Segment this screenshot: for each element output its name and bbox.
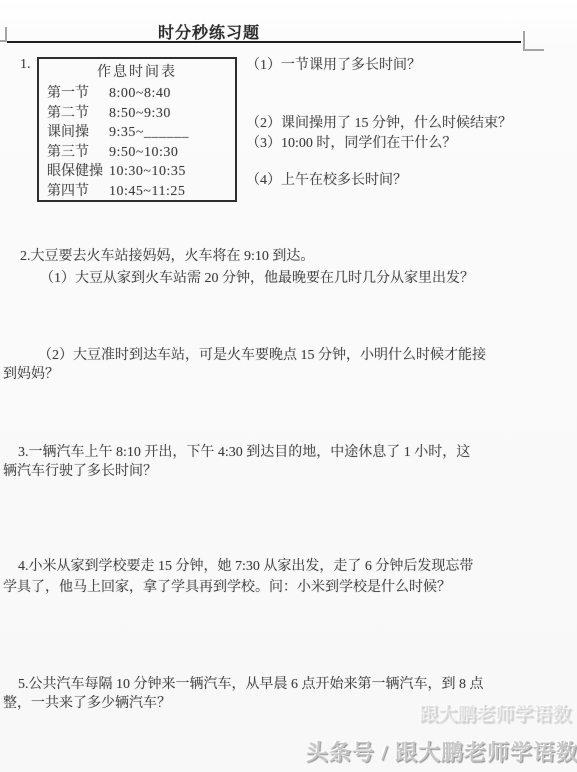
schedule-row: 第三节 9:50~10:30 bbox=[39, 143, 235, 163]
schedule-row-label: 第一节 bbox=[47, 84, 109, 104]
schedule-row: 第四节 10:45~11:25 bbox=[39, 182, 235, 202]
question-2-sub-1: （1）大豆从家到火车站需 20 分钟，他最晚要在几时几分从家里出发？ bbox=[40, 269, 474, 288]
schedule-row-label: 眼保健操 bbox=[47, 162, 109, 182]
schedule-row: 眼保健操 10:30~10:35 bbox=[39, 162, 235, 182]
watermark-faint: 跟大鹏老师学语数 bbox=[420, 700, 572, 727]
schedule-row-time: 10:30~10:35 bbox=[109, 162, 235, 182]
schedule-row-label: 第四节 bbox=[47, 182, 109, 202]
question-1-sub-2: （2）课间操用了 15 分钟，什么时候结束？ bbox=[246, 112, 512, 132]
header-rule bbox=[7, 41, 521, 43]
question-5-line-1: 5.公共汽车每隔 10 分钟来一辆汽车，从早晨 6 点开始来第一辆汽车，到 8 … bbox=[3, 675, 575, 694]
schedule-row-time: 9:50~10:30 bbox=[109, 143, 235, 163]
schedule-row-time: 9:35~______ bbox=[109, 123, 235, 143]
schedule-row-label: 第三节 bbox=[47, 143, 109, 163]
schedule-row-time: 8:00~8:40 bbox=[109, 84, 235, 104]
schedule-row: 第一节 8:00~8:40 bbox=[39, 84, 235, 104]
worksheet-page: 时分秒练习题 1. 作息时间表 第一节 8:00~8:40 第二节 8:50~9… bbox=[0, 0, 577, 772]
watermark-main: 头条号 / 跟大鹏老师学语数 bbox=[306, 736, 577, 767]
question-2-sub-2-line-1: （2）大豆准时到达车站，可是火车要晚点 15 分钟，小明什么时候才能接 bbox=[3, 346, 575, 365]
question-3-line-2: 辆汽车行驶了多长时间？ bbox=[3, 462, 575, 481]
question-3-line-1: 3.一辆汽车上午 8:10 开出，下午 4:30 到达目的地，中途休息了 1 小… bbox=[3, 443, 575, 462]
schedule-row-time: 8:50~9:30 bbox=[109, 104, 235, 124]
schedule-table-title: 作息时间表 bbox=[39, 62, 235, 84]
schedule-row-label: 课间操 bbox=[47, 123, 109, 143]
question-3: 3.一辆汽车上午 8:10 开出，下午 4:30 到达目的地，中途休息了 1 小… bbox=[3, 443, 575, 481]
page-title: 时分秒练习题 bbox=[158, 20, 260, 43]
question-2-intro: 2.大豆要去火车站接妈妈，火车将在 9:10 到达。 bbox=[20, 247, 314, 266]
schedule-row: 第二节 8:50~9:30 bbox=[39, 104, 235, 124]
question-2-sub-2-line-2: 到妈妈？ bbox=[3, 365, 575, 384]
schedule-row-label: 第二节 bbox=[47, 104, 109, 124]
margin-mark-right-icon bbox=[523, 31, 544, 51]
margin-mark-left-icon bbox=[0, 27, 7, 42]
question-4-line-1: 4.小米从家到学校要走 15 分钟，她 7:30 从家出发，走了 6 分钟后发现… bbox=[3, 556, 575, 577]
question-1-sub-4: （4）上午在校多长时间？ bbox=[246, 169, 407, 189]
schedule-row-time: 10:45~11:25 bbox=[109, 182, 235, 202]
question-1-sub-3: （3）10:00 时，同学们在干什么？ bbox=[246, 132, 456, 152]
question-2-sub-2: （2）大豆准时到达车站，可是火车要晚点 15 分钟，小明什么时候才能接 到妈妈？ bbox=[3, 346, 575, 384]
question-1-number: 1. bbox=[20, 55, 31, 74]
question-4-line-2: 学具了，他马上回家，拿了学具再到学校。问：小米到学校是什么时候？ bbox=[3, 577, 575, 598]
schedule-row: 课间操 9:35~______ bbox=[39, 123, 235, 143]
question-4: 4.小米从家到学校要走 15 分钟，她 7:30 从家出发，走了 6 分钟后发现… bbox=[3, 556, 575, 598]
schedule-table: 作息时间表 第一节 8:00~8:40 第二节 8:50~9:30 课间操 9:… bbox=[37, 57, 237, 202]
question-1-sub-1: （1）一节课用了多长时间？ bbox=[246, 54, 421, 74]
